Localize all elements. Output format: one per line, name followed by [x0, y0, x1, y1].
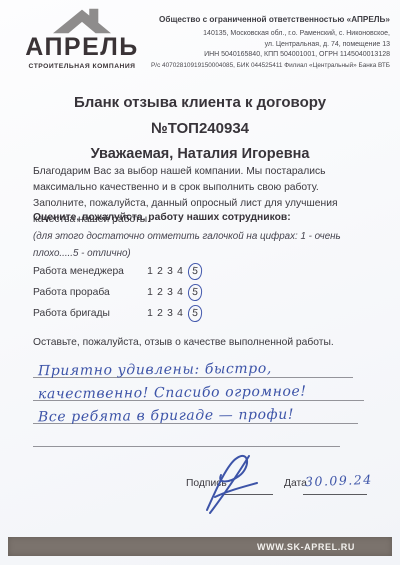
roof-icon: [53, 7, 111, 34]
rating-label: Работа менеджера: [33, 266, 145, 277]
company-info: Общество с ограниченной ответственностью…: [151, 14, 390, 71]
footer-bar: WWW.SK-APREL.RU: [8, 537, 392, 556]
rating-note: (для этого достаточно отметить галочкой …: [33, 229, 359, 262]
logo-subtitle: СТРОИТЕЛЬНАЯ КОМПАНИЯ: [20, 63, 144, 70]
rating-scale-number: 2: [155, 266, 165, 277]
company-address-line1: 140135, Московская обл., г.о. Раменский,…: [151, 29, 390, 40]
client-greeting: Уважаемая, Наталия Игоревна: [0, 146, 400, 162]
rating-selected-circle: 5: [187, 262, 203, 281]
date-line: [303, 494, 367, 495]
rating-scale-number: 1: [145, 308, 155, 319]
website-url: WWW.SK-APREL.RU: [257, 542, 355, 552]
rating-scale-number: 2: [155, 287, 165, 298]
rating-row-foreman: Работа прораба 1 2 3 4 5: [33, 284, 202, 300]
logo-title: АПРЕЛЬ: [20, 35, 144, 60]
form-title: Бланк отзыва клиента к договору: [0, 94, 400, 111]
rating-selected-circle: 5: [187, 283, 203, 302]
review-handwriting-area: Приятно удивлены: быстро, качественно! С…: [33, 355, 364, 447]
document-page: АПРЕЛЬ СТРОИТЕЛЬНАЯ КОМПАНИЯ Общество с …: [0, 0, 400, 565]
rating-label: Работа прораба: [33, 287, 145, 298]
rating-scale-number: 1: [145, 287, 155, 298]
company-name: Общество с ограниченной ответственностью…: [151, 14, 390, 27]
handwritten-date: 30.09.24: [305, 472, 373, 489]
ruled-line: Все ребята в бригаде — профи!: [33, 401, 358, 424]
rating-scale-number: 4: [175, 266, 185, 277]
handwritten-text: Приятно удивлены: быстро,: [38, 361, 272, 379]
rating-row-manager: Работа менеджера 1 2 3 4 5: [33, 263, 202, 279]
rating-scale-number: 1: [145, 266, 155, 277]
rating-scale-number: 3: [165, 266, 175, 277]
rating-scale-number: 4: [175, 308, 185, 319]
ruled-line: качественно! Спасибо огромное!: [33, 378, 364, 401]
company-bank-details: Р/с 40702810919150004085, БИК 044525411 …: [151, 61, 390, 71]
handwritten-text: Все ребята в бригаде — профи!: [38, 407, 294, 426]
rating-row-crew: Работа бригады 1 2 3 4 5: [33, 305, 202, 321]
rating-label: Работа бригады: [33, 308, 145, 319]
review-prompt: Оставьте, пожалуйста, отзыв о качестве в…: [33, 337, 334, 348]
rating-scale-number: 2: [155, 308, 165, 319]
rating-scale-number: 3: [165, 308, 175, 319]
rating-scale-number: 3: [165, 287, 175, 298]
rating-selected-circle: 5: [187, 304, 203, 323]
ruled-line: [33, 424, 340, 447]
company-logo: АПРЕЛЬ СТРОИТЕЛЬНАЯ КОМПАНИЯ: [20, 7, 144, 70]
rating-scale-number: 4: [175, 287, 185, 298]
ruled-line: Приятно удивлены: быстро,: [33, 355, 353, 378]
company-address-line2: ул. Центральная, д. 74, помещение 13: [151, 40, 390, 51]
ratings-list: Работа менеджера 1 2 3 4 5 Работа прораб…: [33, 263, 202, 326]
date-label: Дата: [284, 478, 307, 489]
company-registration: ИНН 5040165840, КПП 504001001, ОГРН 1145…: [151, 50, 390, 61]
handwritten-text: качественно! Спасибо огромное!: [38, 384, 307, 403]
rating-heading: Оцените, пожалуйста, работу наших сотруд…: [33, 212, 291, 223]
contract-number: №ТОП240934: [0, 120, 400, 137]
signature-scribble-icon: [192, 452, 266, 516]
signature-area: Подпись Дата 30.09.24: [0, 470, 400, 530]
